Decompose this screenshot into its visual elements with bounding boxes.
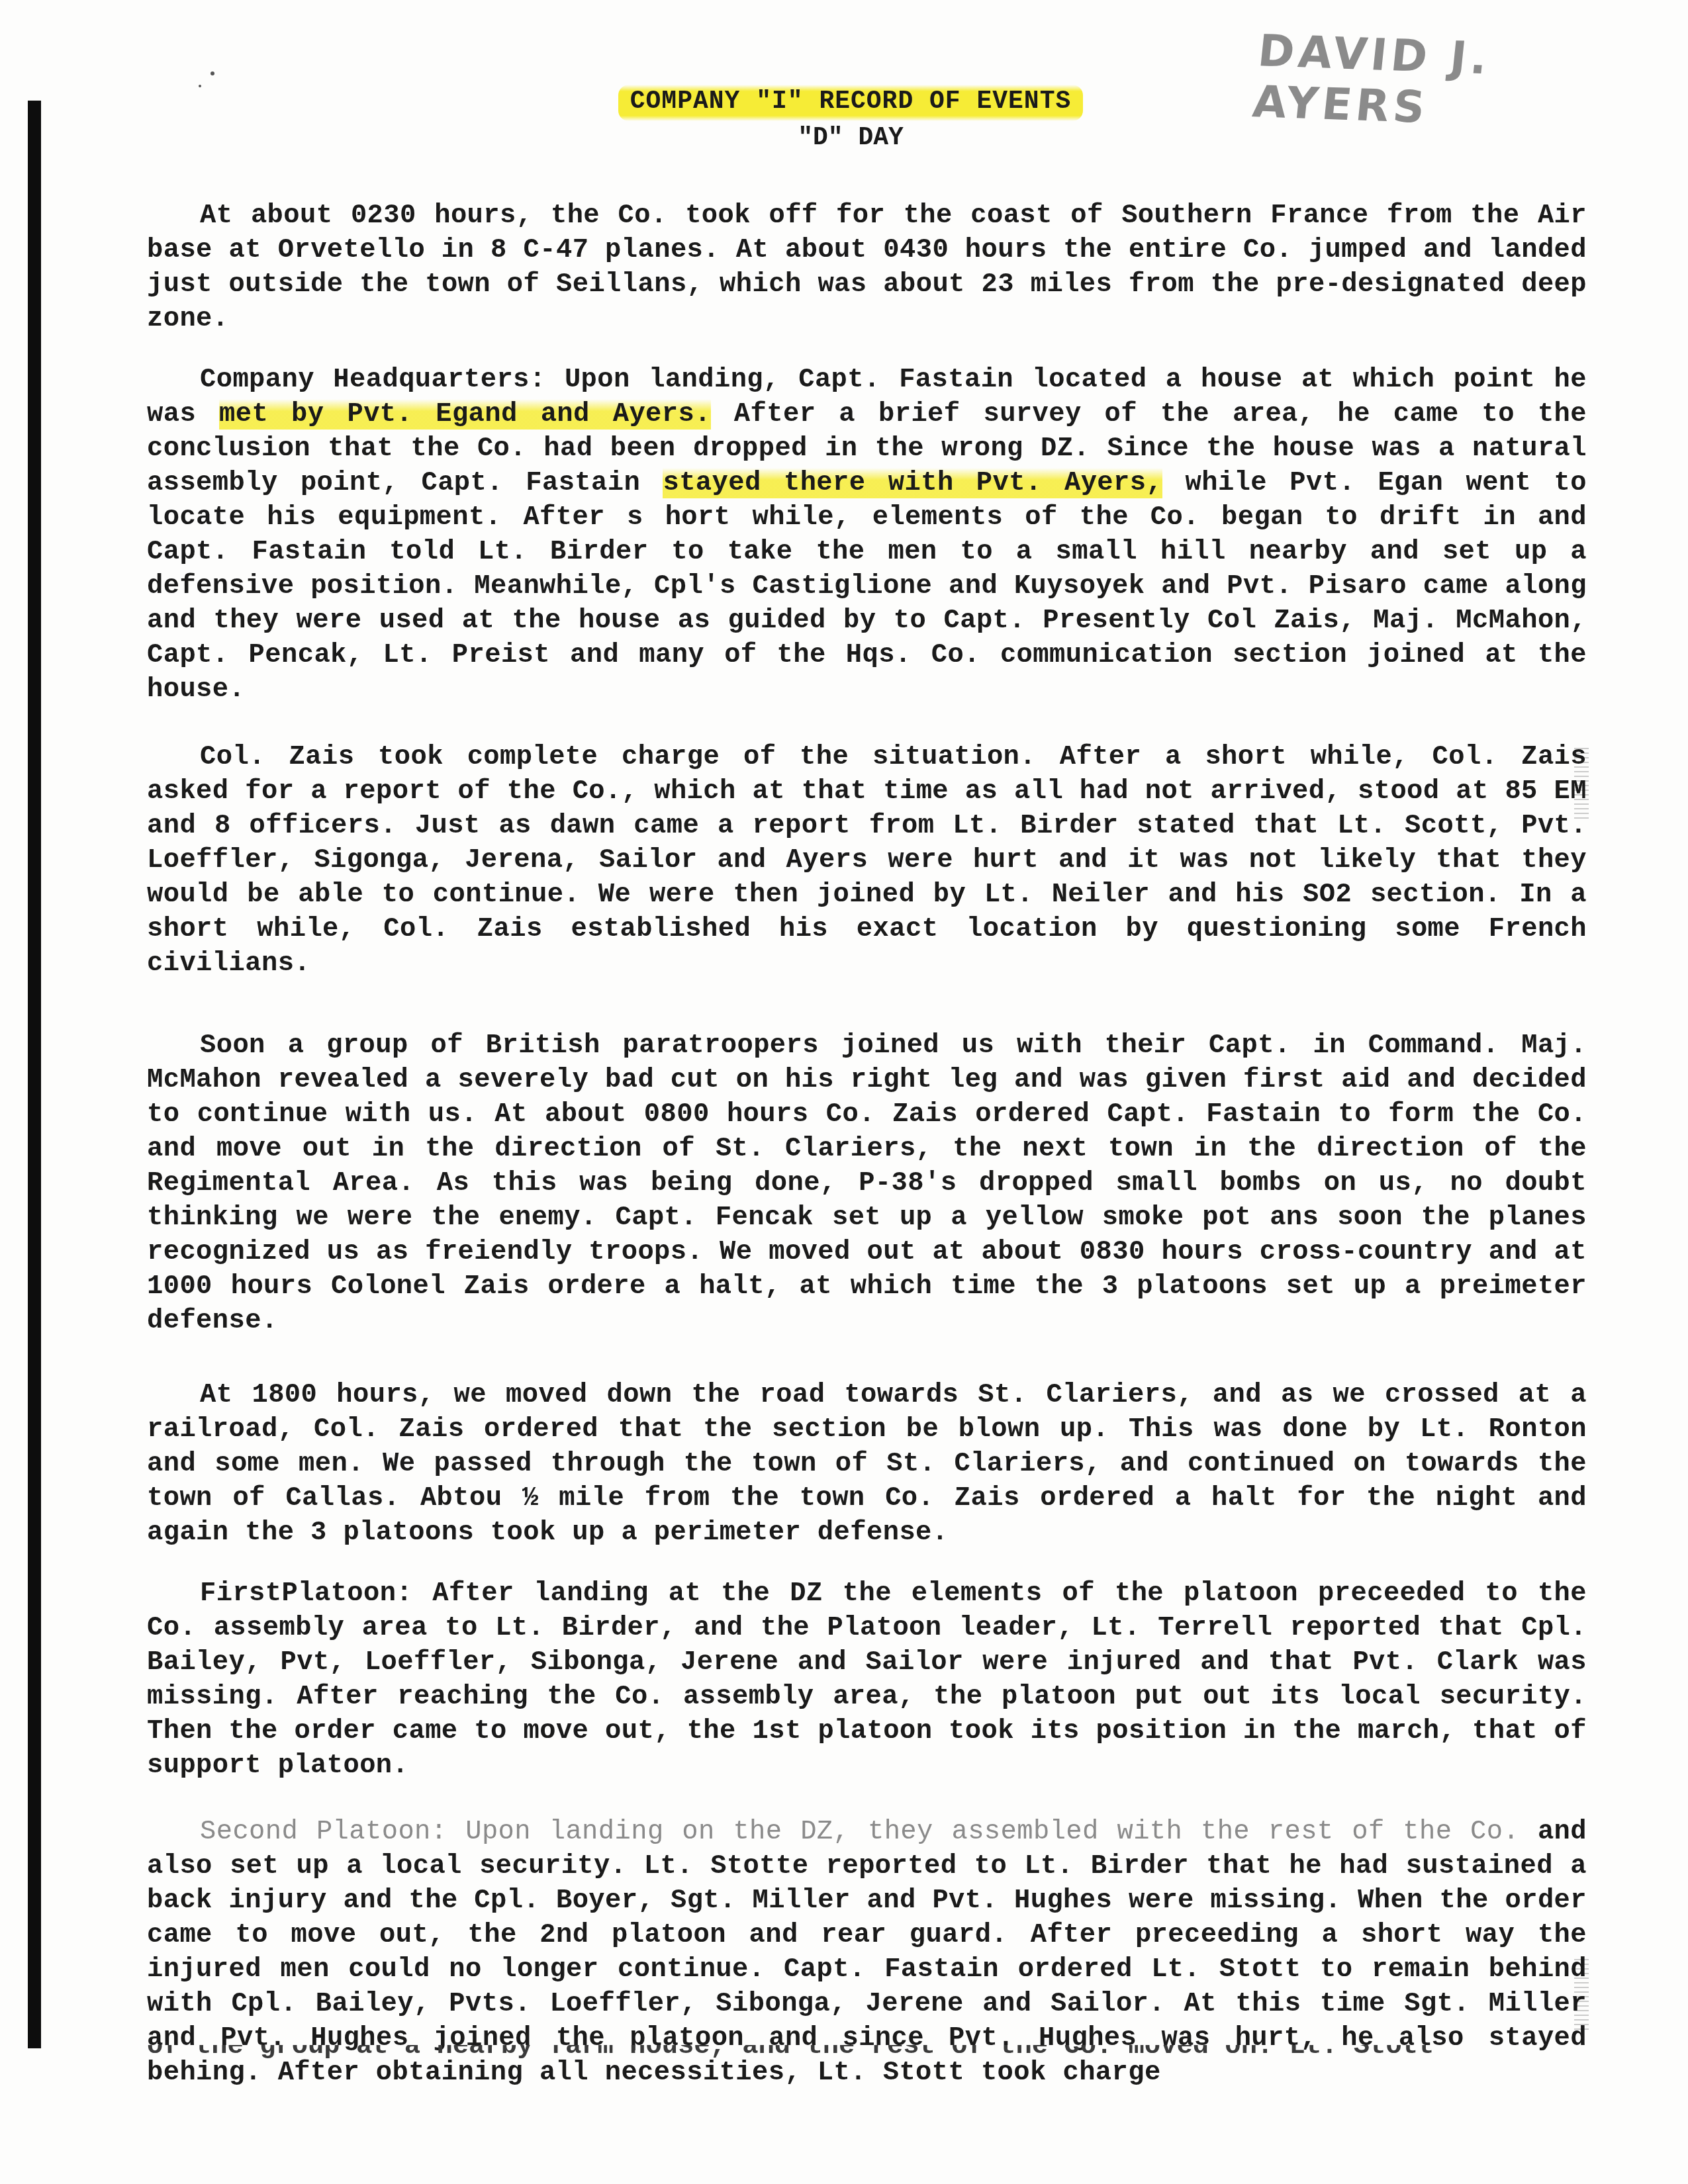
highlighted-text: met by Pvt. Egand and Ayers. <box>219 399 711 430</box>
paragraph-takeoff: At about 0230 hours, the Co. took off fo… <box>147 199 1587 336</box>
document-header: COMPANY "I" RECORD OF EVENTS "D" DAY <box>0 85 1688 152</box>
faded-text: Second Platoon: Upon landing on the DZ, … <box>200 1817 1519 1847</box>
cutoff-line: of the group at a nearby farm house, and… <box>147 2045 1587 2065</box>
scan-speck <box>211 71 214 75</box>
scan-margin-bar <box>28 101 41 2048</box>
paragraph-col-zais: Col. Zais took complete charge of the si… <box>147 740 1587 981</box>
paragraph-british-paratroopers: Soon a group of British paratroopers joi… <box>147 1028 1587 1338</box>
highlighted-text: stayed there with Pvt. Ayers, <box>663 468 1162 498</box>
document-subtitle: "D" DAY <box>13 124 1688 152</box>
paragraph-first-platoon: FirstPlatoon: After landing at the DZ th… <box>147 1576 1587 1783</box>
document-body: At about 0230 hours, the Co. took off fo… <box>147 199 1587 2090</box>
paragraph-company-headquarters: Company Headquarters: Upon landing, Capt… <box>147 363 1587 707</box>
paragraph-1800-hours: At 1800 hours, we moved down the road to… <box>147 1378 1587 1550</box>
document-title: COMPANY "I" RECORD OF EVENTS <box>618 85 1084 121</box>
paragraph-text: while Pvt. Egan went to locate his equip… <box>147 468 1587 705</box>
cutoff-line-text: of the group at a nearby farm house, and… <box>147 2045 1587 2064</box>
